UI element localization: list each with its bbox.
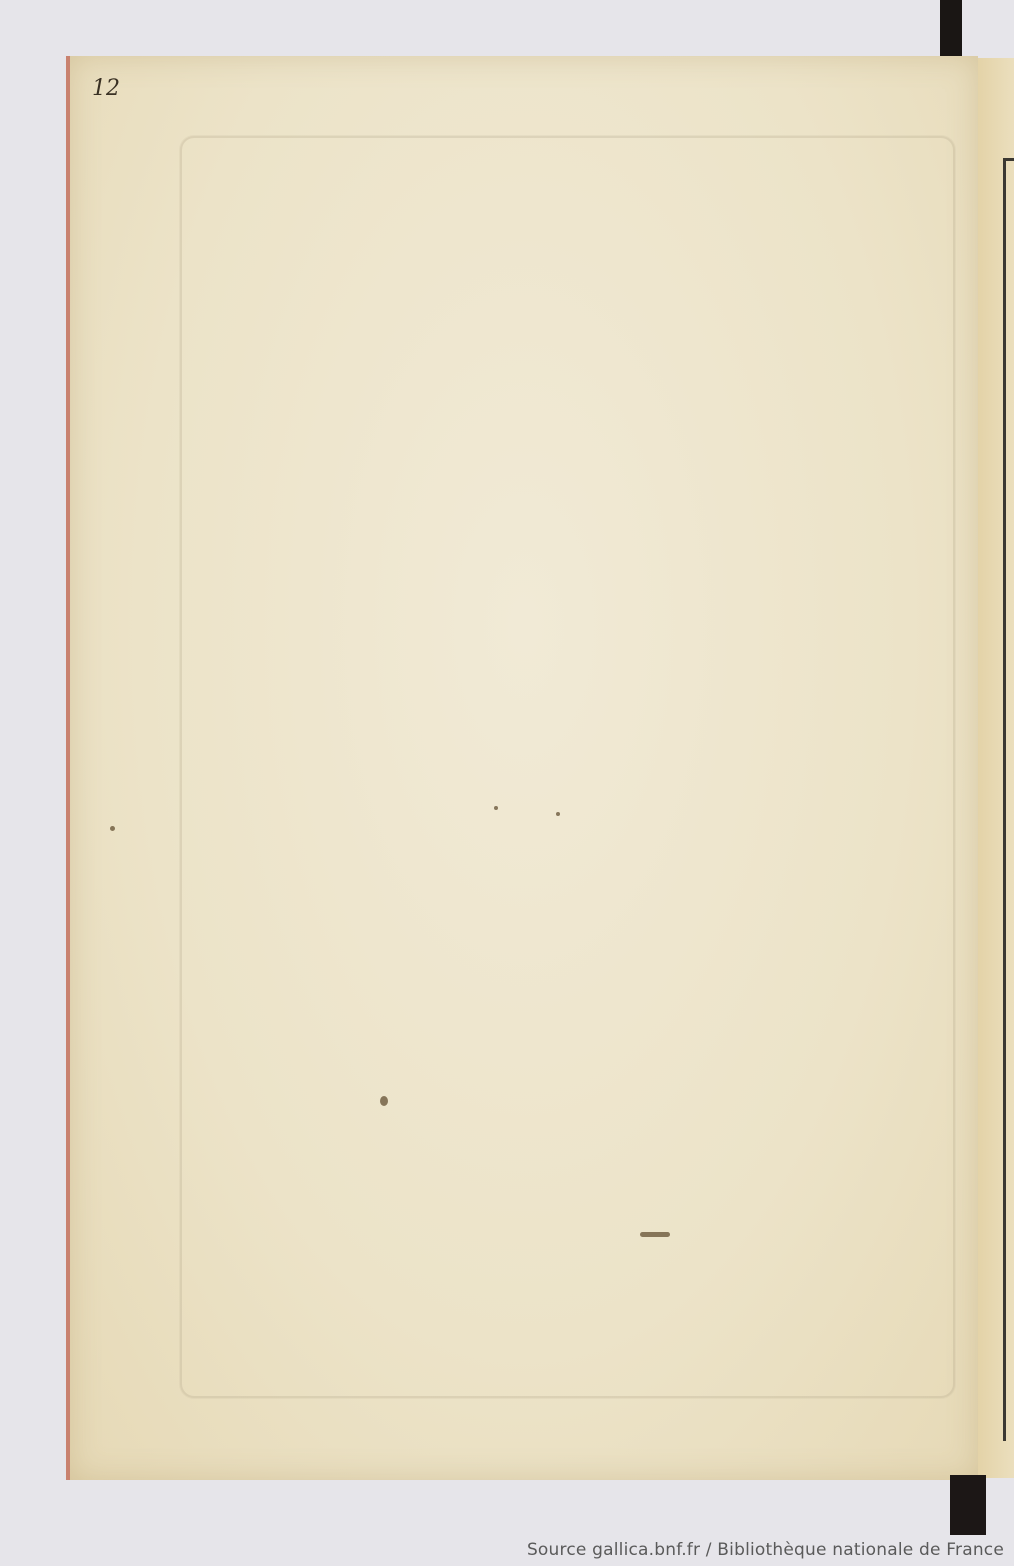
bookmark-ribbon-bottom [950,1475,986,1535]
paper-spot [556,812,560,816]
paper-spot [494,806,498,810]
paper-spot [640,1232,670,1237]
handwritten-page-number: 12 [92,76,120,101]
facing-page-frame [1003,158,1014,1441]
source-credit: Source gallica.bnf.fr / Bibliothèque nat… [527,1540,1004,1560]
facing-page-edge [974,58,1014,1478]
bookmark-ribbon-top [940,0,962,60]
embossed-frame [180,136,955,1398]
scanned-page: 12 [66,56,978,1480]
paper-spot [380,1096,388,1106]
paper-spot [110,826,115,831]
